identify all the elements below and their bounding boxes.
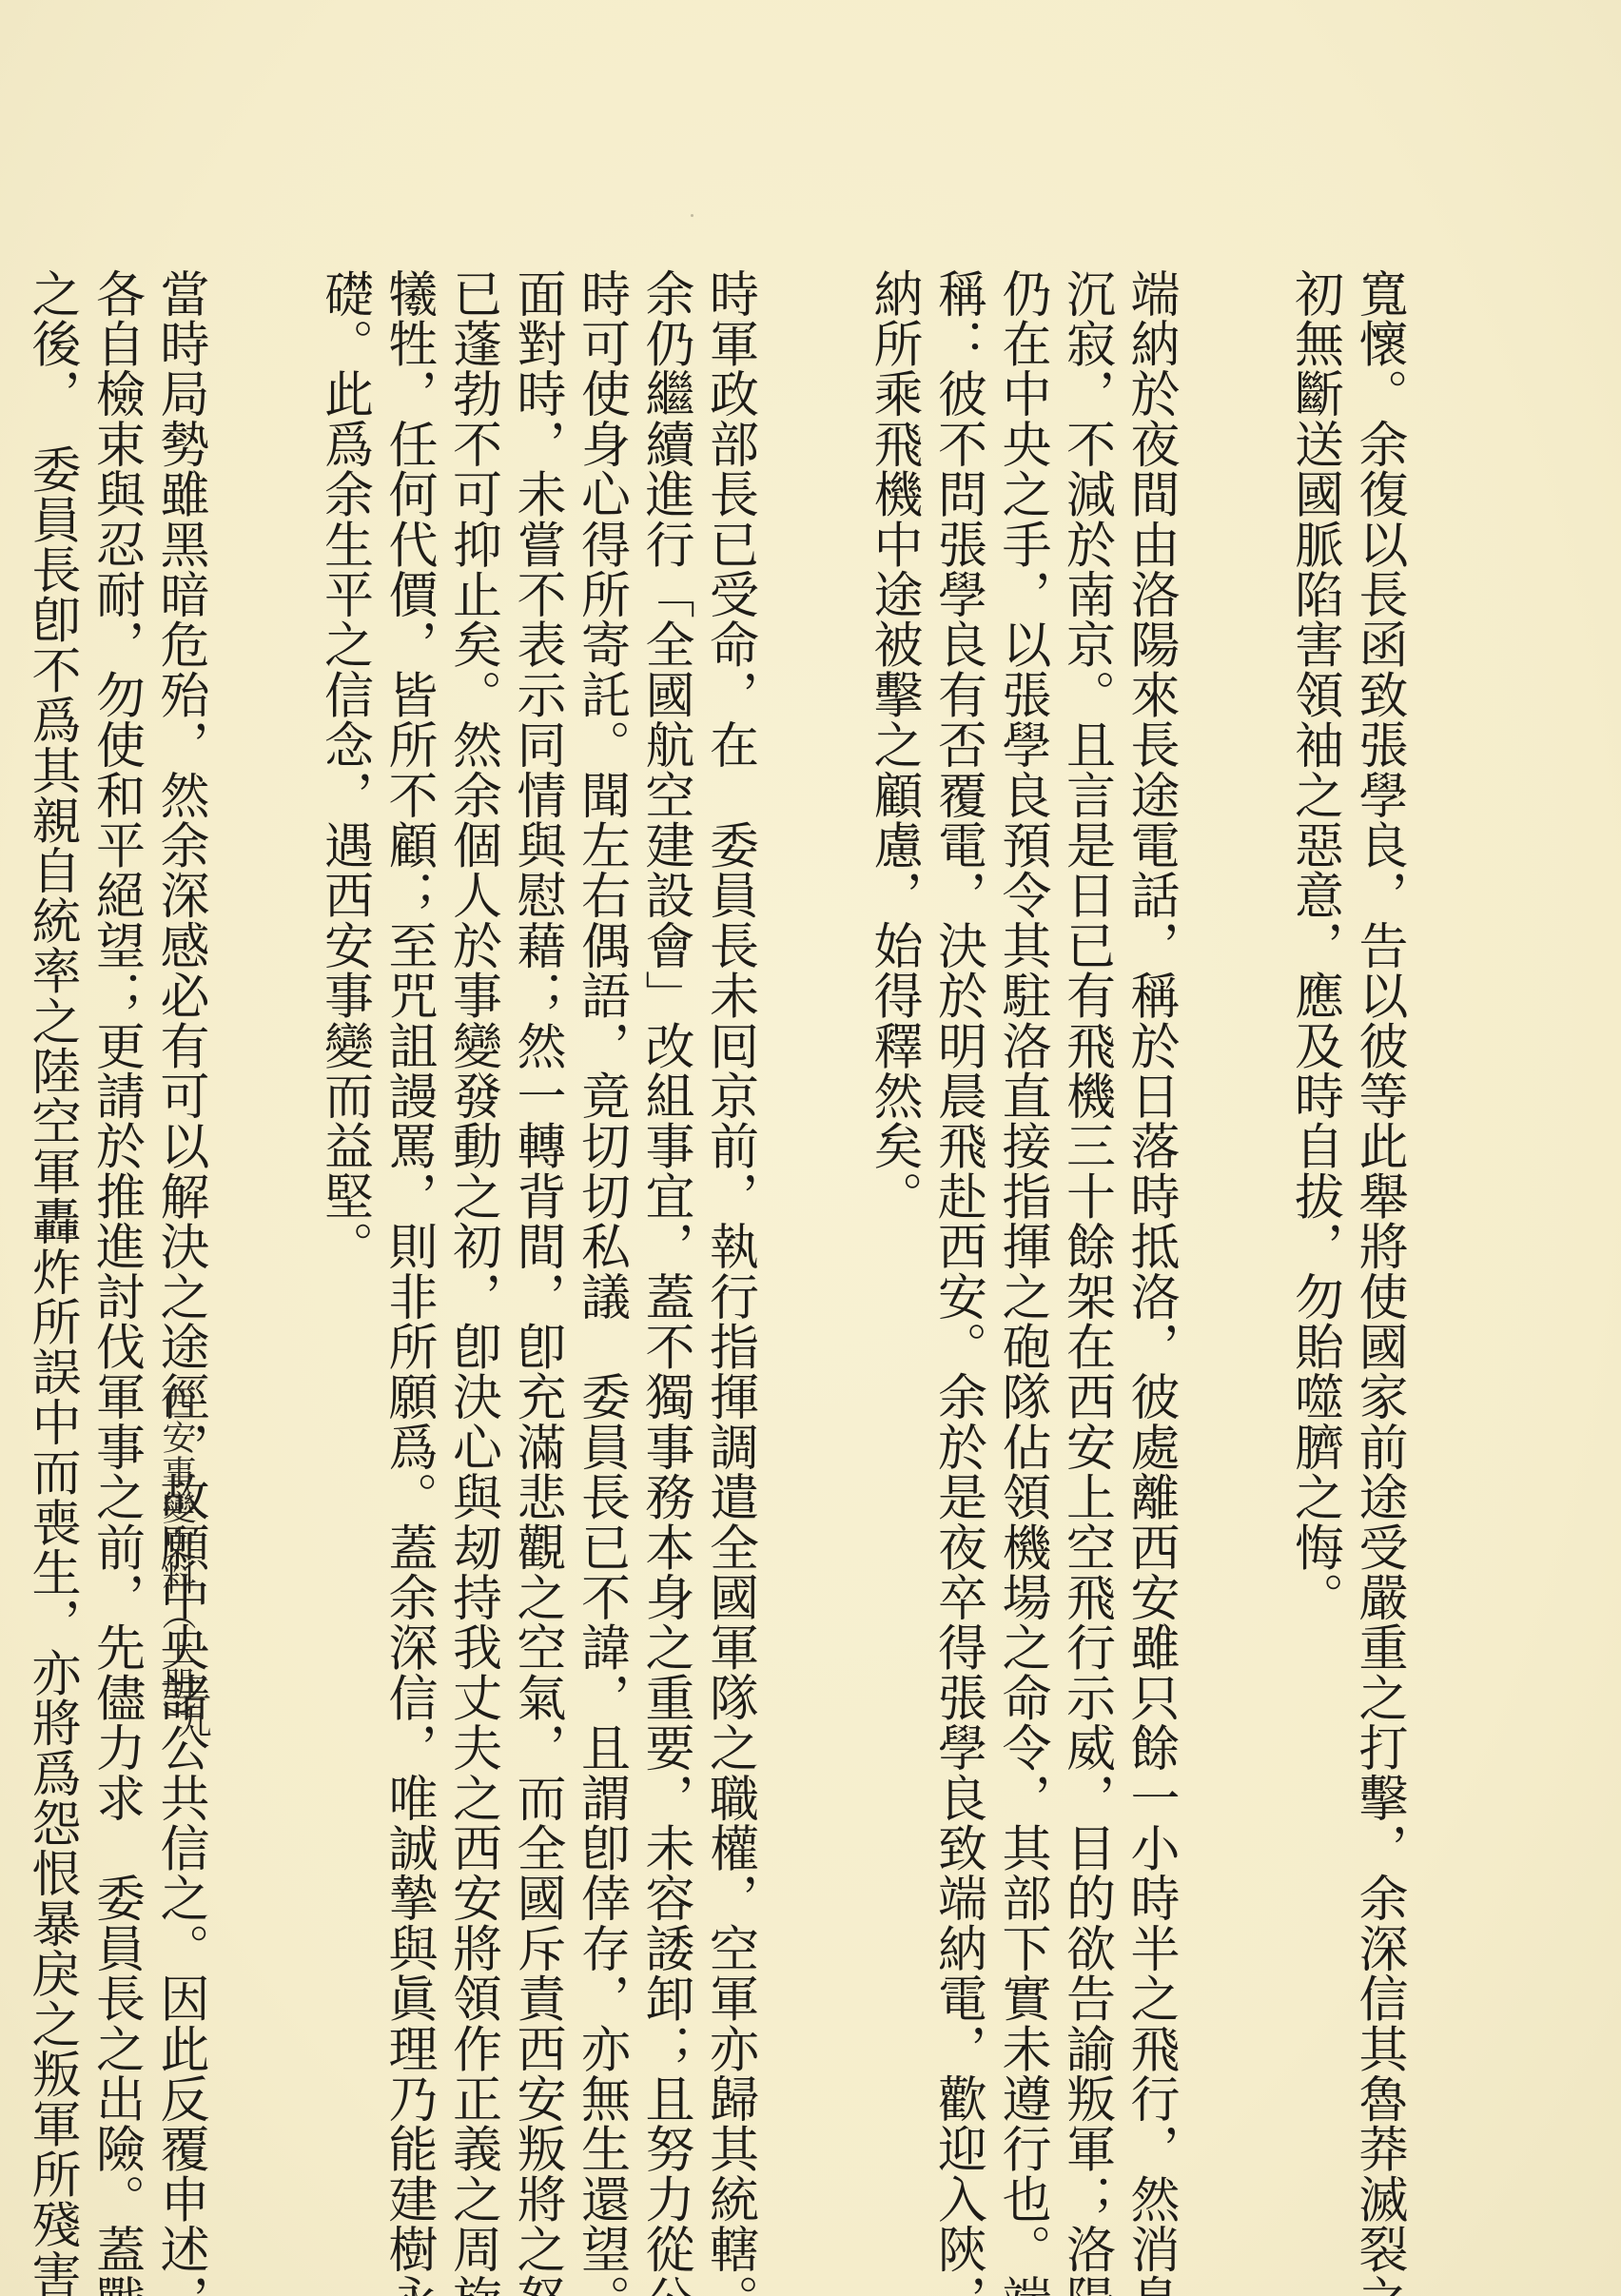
text-column-3: 端納於夜間由洛陽來長途電話，稱於日落時抵洛，彼處離西安雖只餘一小時半之飛行，然消…	[1118, 268, 1282, 2067]
paper-speck	[195, 1384, 198, 1387]
text-column-14: 礎。此爲余生平之信念，遇西安事變而益堅。	[311, 268, 376, 2067]
text-column-4: 沉寂，不減於南京。且言是日已有飛機三十餘架在西安上空飛行示威，目的欲告諭叛軍；洛…	[1053, 268, 1118, 2067]
text-column-2: 初無斷送國脈陷害領袖之惡意，應及時自拔，勿貽噬臍之悔。	[1281, 268, 1346, 2067]
vertical-text-body: 寬懷。余復以長函致張學良，告以彼等此舉將使國家前途受嚴重之打擊，余深信其魯莽滅裂…	[19, 268, 1411, 2067]
text-column-17: 之後， 委員長卽不爲其親自統率之陸空軍轟炸所誤中而喪生，亦將爲怨恨暴戾之叛軍所殘…	[19, 268, 84, 2067]
text-column-13: 犧牲，任何代價，皆所不顧；至咒詛謾罵，則非所願爲。蓋余深信，唯誠摯與眞理乃能建樹…	[376, 268, 440, 2067]
text-column-8: 時軍政部長已受命，在 委員長未囘京前，執行指揮調遣全國軍隊之職權，空軍亦歸其統轄…	[696, 268, 861, 2067]
text-column-7: 納所乘飛機中途被擊之顧慮，始得釋然矣。	[861, 268, 926, 2067]
text-column-12: 已蓬勃不可抑止矣。然余個人於事變發動之初，卽決心與刼持我丈夫之西安將領作正義之周…	[439, 268, 504, 2067]
text-column-10: 時可使身心得所寄託。聞左右偶語，竟切切私議 委員長已不諱，且謂卽倖存，亦無生還望…	[568, 268, 633, 2067]
scanned-book-page: 寬懷。余復以長函致張學良，告以彼等此舉將使國家前途受嚴重之打擊，余深信其魯莽滅裂…	[0, 0, 1621, 2296]
text-column-6: 稱：彼不問張學良有否覆電，決於明晨飛赴西安。余於是夜卒得張學良致端納電，歡迎入陝…	[925, 268, 989, 2067]
text-column-15: 當時局勢雖黑暗危殆，然余深感必有可以解決之途徑，故願中央諸公共信之。因此反覆申述…	[147, 268, 312, 2067]
page-number: 二九	[167, 1670, 216, 1738]
text-column-1: 寬懷。余復以長函致張學良，告以彼等此舉將使國家前途受嚴重之打擊，余深信其魯莽滅裂…	[1346, 268, 1411, 2067]
paper-speck	[691, 214, 693, 217]
text-column-9: 余仍繼續進行「全國航空建設會」改組事宜，蓋不獨事務本身之重要，未容諉卸；且努力從…	[633, 268, 697, 2067]
text-column-5: 仍在中央之手，以張學良預令其駐洛直接指揮之砲隊佔領機場之命令，其部下實未遵行也。…	[989, 268, 1054, 2067]
text-column-16: 各自檢束與忍耐，勿使和平絕望；更請於推進討伐軍事之前，先儘力求 委員長之出險。蓋…	[83, 268, 147, 2067]
text-column-11: 面對時，未嘗不表示同情與慰藉；然一轉背間，卽充滿悲觀之空氣，而全國斥責西安叛將之…	[504, 268, 569, 2067]
